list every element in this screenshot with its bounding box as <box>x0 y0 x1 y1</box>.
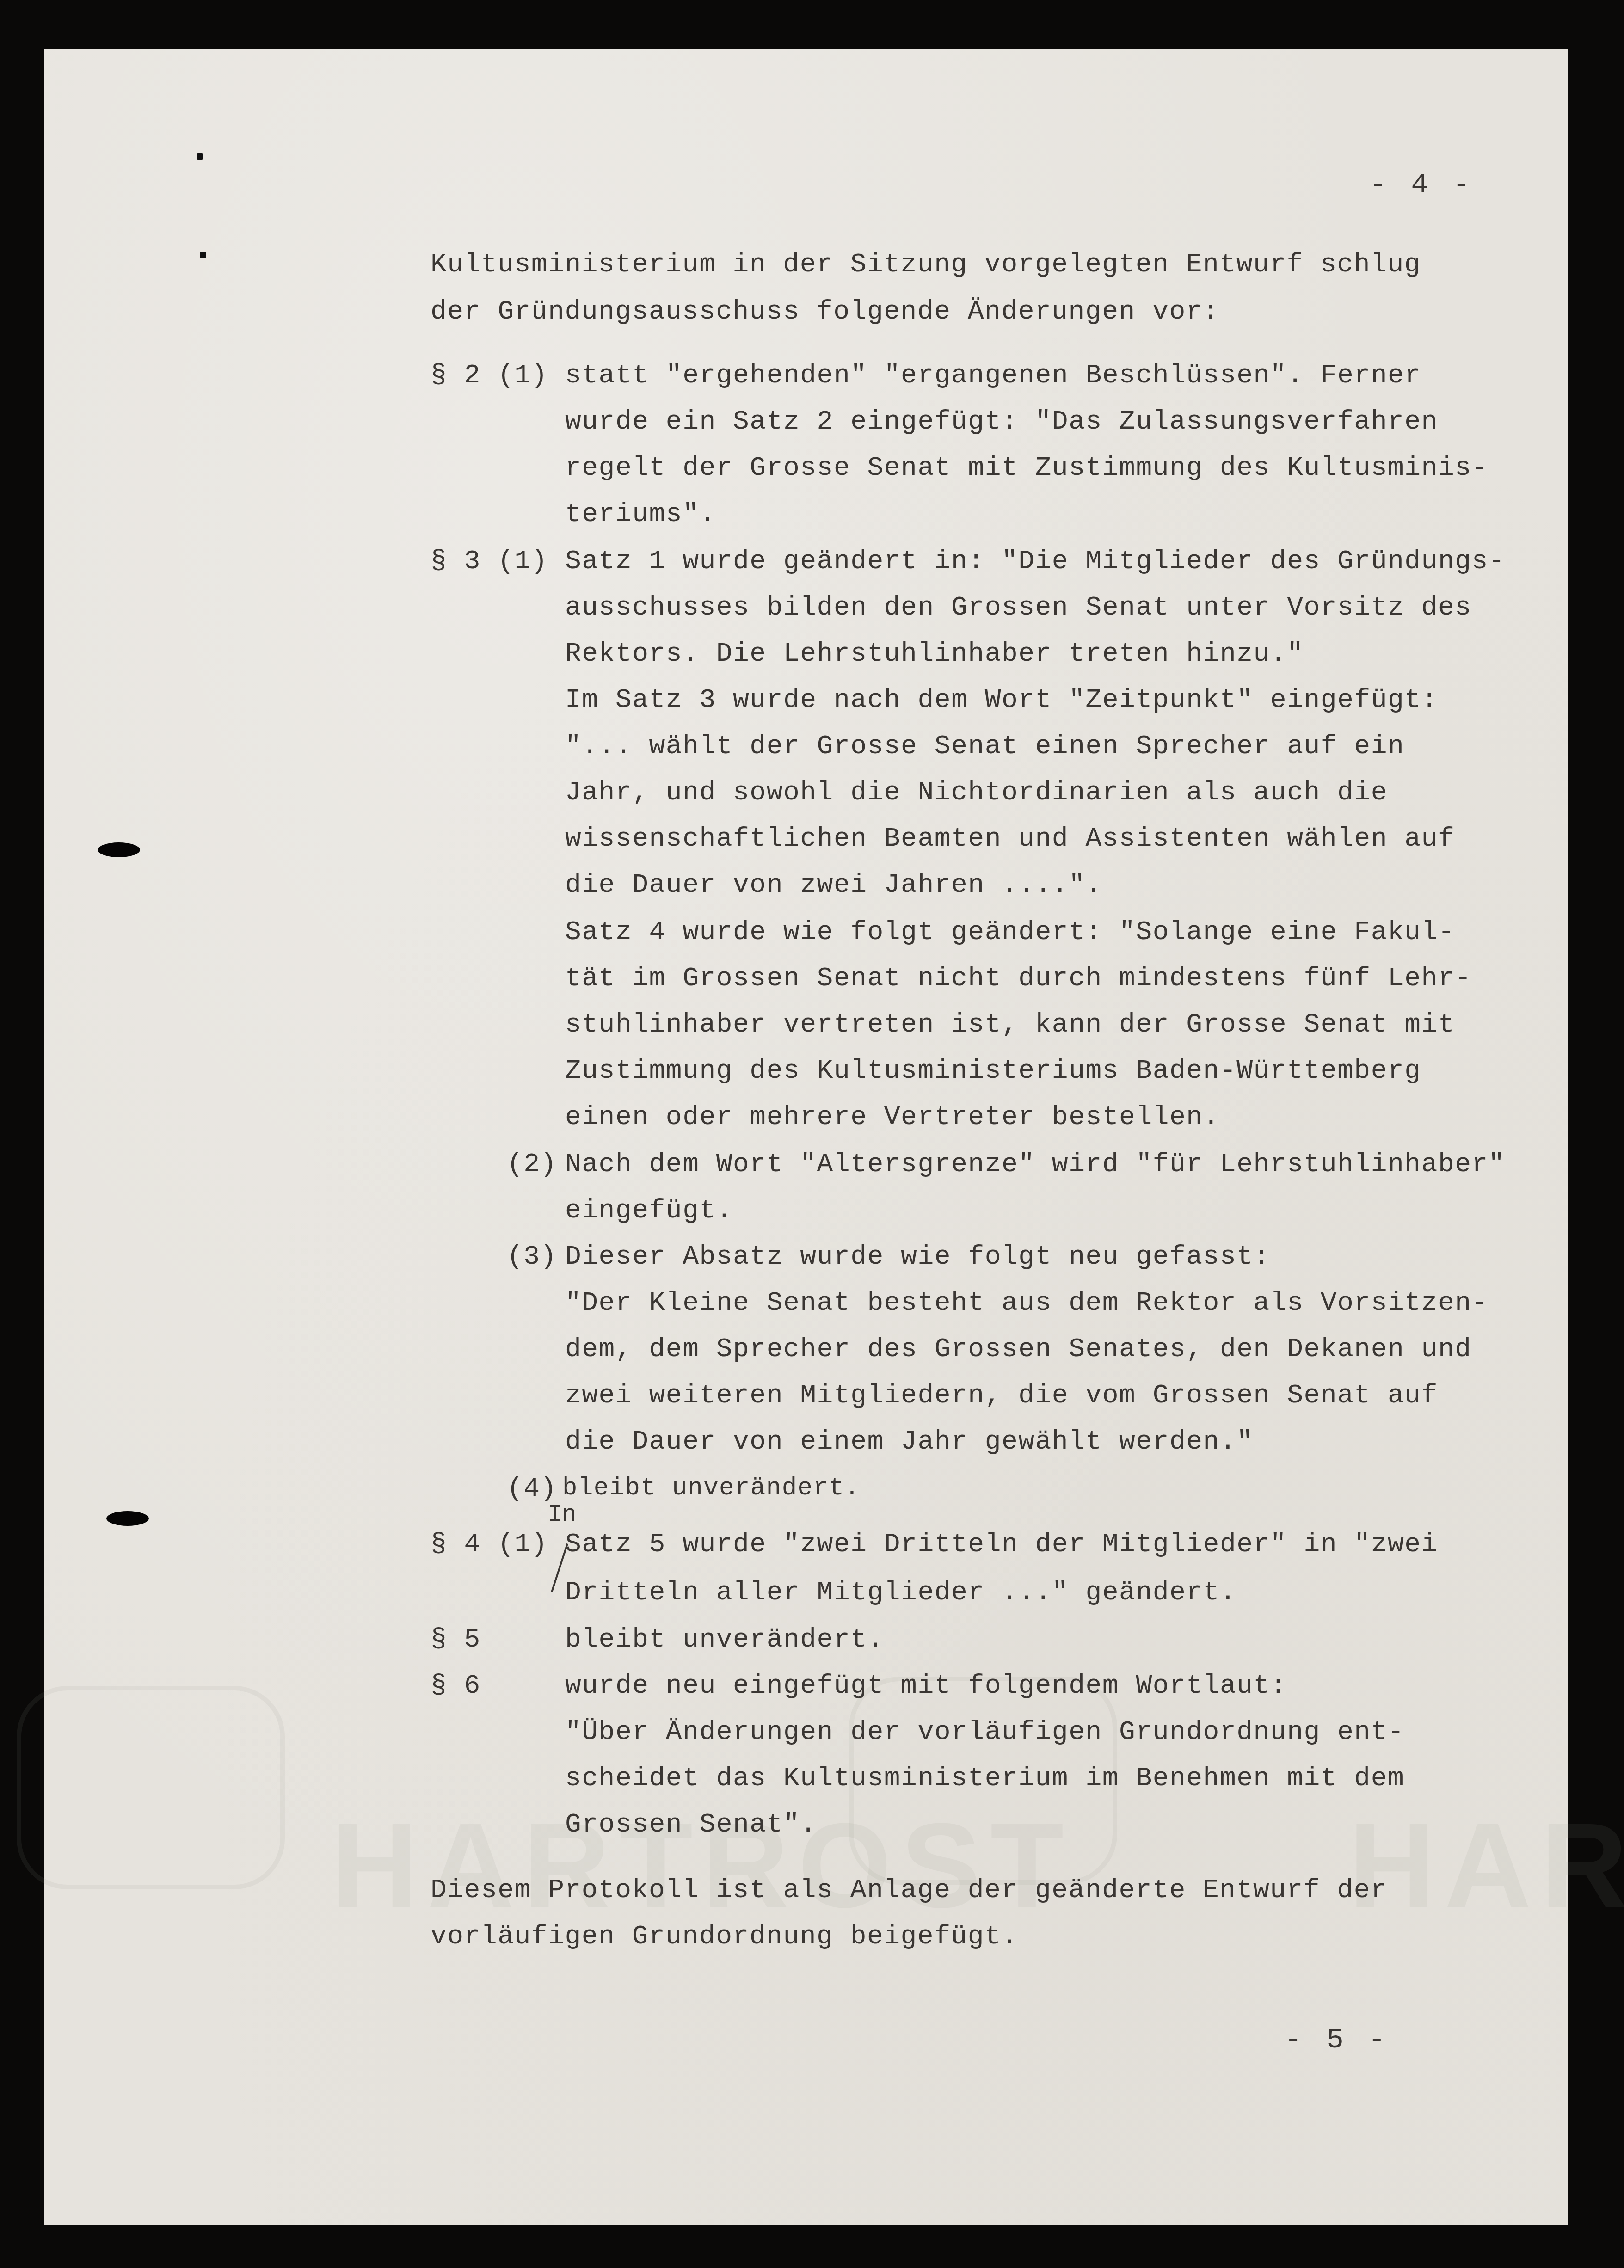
section-line: wurde ein Satz 2 eingefügt: "Das Zulassu… <box>565 409 1438 436</box>
section-line: bleibt unverändert. <box>565 1627 884 1653</box>
section-line: "Über Änderungen der vorläufigen Grundor… <box>565 1719 1404 1746</box>
section-line: Im Satz 3 wurde nach dem Wort "Zeitpunkt… <box>565 687 1438 714</box>
insertion-mark: In <box>547 1501 576 1528</box>
section-line: bleibt unverändert. <box>562 1476 860 1501</box>
section-line: die Dauer von zwei Jahren ....". <box>565 872 1102 899</box>
section-line: regelt der Grosse Senat mit Zustimmung d… <box>565 455 1489 482</box>
punch-hole-bottom <box>106 1511 149 1526</box>
page-number-bottom: - 5 - <box>1285 2023 1389 2056</box>
closing-line: Diesem Protokoll ist als Anlage der geän… <box>431 1877 1387 1904</box>
staple-mark-top <box>197 153 203 160</box>
section-label: § 3 (1) <box>431 548 548 575</box>
section-line: teriums". <box>565 501 716 528</box>
page-number-top: - 4 - <box>1369 168 1474 201</box>
subsection-label: (2) <box>507 1151 557 1178</box>
section-line: einen oder mehrere Vertreter bestellen. <box>565 1104 1220 1131</box>
section-label: § 2 (1) <box>431 363 548 389</box>
section-line: "... wählt der Grosse Senat einen Sprech… <box>565 733 1404 760</box>
section-line: Satz 1 wurde geändert in: "Die Mitgliede… <box>565 548 1505 575</box>
subsection-label: (4) <box>507 1476 557 1503</box>
subsection-label: (3) <box>507 1244 557 1271</box>
document-page: HARTROST HARTROST - 4 - Kultusministeriu… <box>44 49 1568 2225</box>
section-label: § 5 <box>431 1627 481 1653</box>
watermark-text-right: HARTROST <box>1348 1797 1624 1935</box>
section-line: statt "ergehenden" "ergangenen Beschlüss… <box>565 363 1421 389</box>
section-label: § 6 <box>431 1673 481 1700</box>
section-line: Dieser Absatz wurde wie folgt neu gefass… <box>565 1244 1270 1271</box>
closing-line: vorläufigen Grundordnung beigefügt. <box>431 1924 1018 1950</box>
section-line: eingefügt. <box>565 1198 733 1224</box>
section-line: Dritteln aller Mitglieder ..." geändert. <box>565 1580 1236 1606</box>
section-line: scheidet das Kultusministerium im Benehm… <box>565 1765 1404 1792</box>
section-line: wurde neu eingefügt mit folgendem Wortla… <box>565 1673 1287 1700</box>
punch-hole-top <box>98 842 140 857</box>
section-line: wissenschaftlichen Beamten und Assistent… <box>565 826 1455 853</box>
section-line: tät im Grossen Senat nicht durch mindest… <box>565 965 1472 992</box>
section-line: ausschusses bilden den Grossen Senat unt… <box>565 595 1472 621</box>
section-line: dem, dem Sprecher des Grossen Senates, d… <box>565 1336 1472 1363</box>
staple-mark-bottom <box>200 252 206 258</box>
section-line: Jahr, und sowohl die Nichtordinarien als… <box>565 780 1388 806</box>
section-line: zwei weiteren Mitgliedern, die vom Gross… <box>565 1383 1438 1409</box>
intro-line: Kultusministerium in der Sitzung vorgele… <box>431 252 1421 278</box>
section-line: die Dauer von einem Jahr gewählt werden.… <box>565 1429 1254 1456</box>
intro-line: der Gründungsausschuss folgende Änderung… <box>431 299 1219 326</box>
section-line: Satz 4 wurde wie folgt geändert: "Solang… <box>565 919 1455 946</box>
section-line: Satz 5 wurde "zwei Dritteln der Mitglied… <box>565 1531 1438 1558</box>
section-line: Grossen Senat". <box>565 1812 817 1838</box>
section-label: § 4 (1) <box>431 1531 548 1558</box>
section-line: Rektors. Die Lehrstuhlinhaber treten hin… <box>565 641 1304 668</box>
section-line: stuhlinhaber vertreten ist, kann der Gro… <box>565 1012 1455 1039</box>
section-line: Zustimmung des Kultusministeriums Baden-… <box>565 1058 1421 1085</box>
section-line: Nach dem Wort "Altersgrenze" wird "für L… <box>565 1151 1505 1178</box>
section-line: "Der Kleine Senat besteht aus dem Rektor… <box>565 1290 1489 1317</box>
watermark-frame-left <box>17 1686 285 1889</box>
